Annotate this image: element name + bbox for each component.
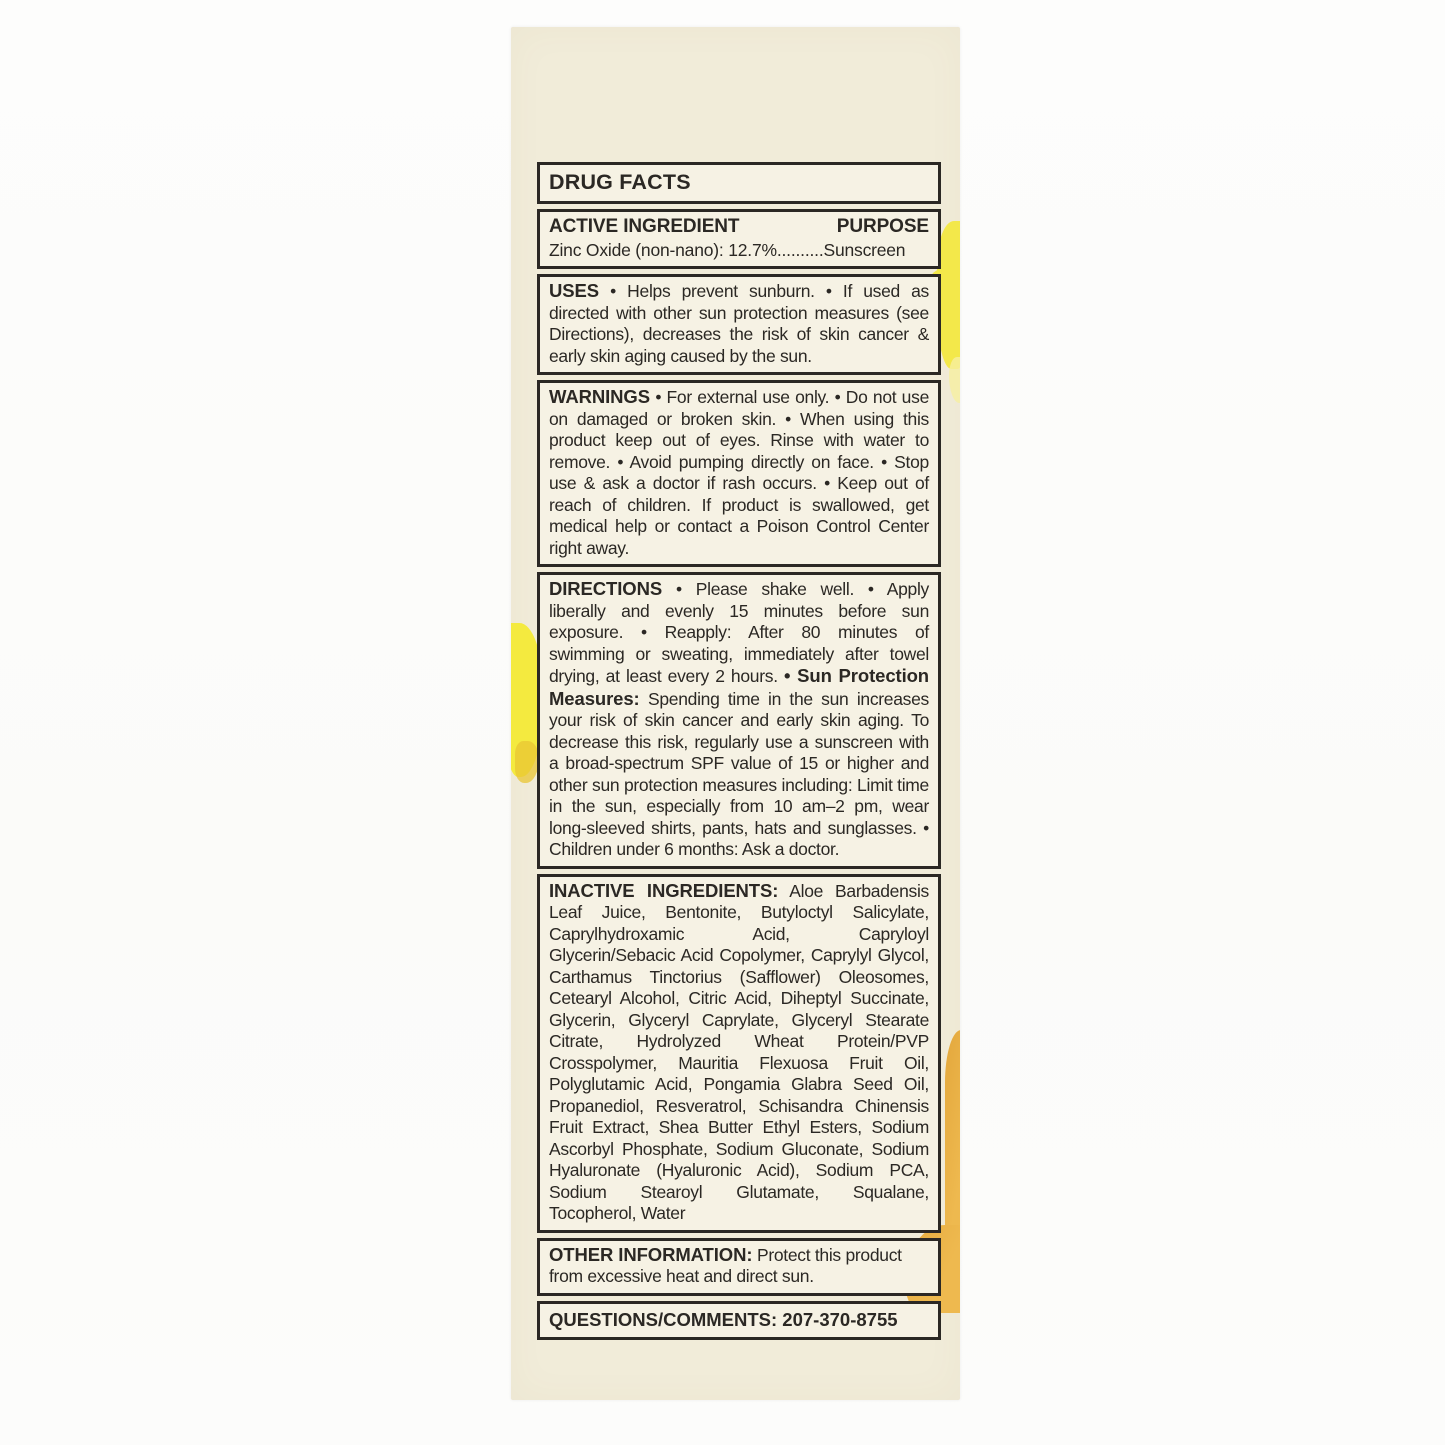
active-ingredient-value: Zinc Oxide (non-nano): 12.7%..........Su…: [549, 239, 929, 261]
other-information-heading: OTHER INFORMATION:: [549, 1244, 752, 1265]
uses-heading: USES: [549, 280, 599, 301]
sunscreen-box-back-panel: DRUG FACTS ACTIVE INGREDIENT PURPOSE Zin…: [511, 27, 960, 1400]
directions-paragraph: DIRECTIONS • Please shake well. • Apply …: [549, 578, 929, 861]
warnings-section: WARNINGS • For external use only. • Do n…: [537, 380, 941, 567]
directions-section: DIRECTIONS • Please shake well. • Apply …: [537, 572, 941, 869]
other-information-section: OTHER INFORMATION: Protect this product …: [537, 1238, 941, 1296]
warnings-paragraph: WARNINGS • For external use only. • Do n…: [549, 386, 929, 559]
inactive-ingredients-heading: INACTIVE INGREDIENTS:: [549, 880, 778, 901]
uses-section: USES • Helps prevent sunburn. • If used …: [537, 274, 941, 375]
directions-body-2: Spending time in the sun increases your …: [549, 689, 929, 860]
drug-facts-panel: DRUG FACTS ACTIVE INGREDIENT PURPOSE Zin…: [537, 162, 941, 1345]
uses-paragraph: USES • Helps prevent sunburn. • If used …: [549, 280, 929, 367]
questions-comments-line: QUESTIONS/COMMENTS: 207-370-8755: [549, 1307, 929, 1332]
inactive-ingredients-list: Aloe Barbadensis Leaf Juice, Bentonite, …: [549, 881, 929, 1224]
directions-heading: DIRECTIONS: [549, 578, 662, 599]
other-information-paragraph: OTHER INFORMATION: Protect this product …: [549, 1244, 929, 1288]
drug-facts-title-box: DRUG FACTS: [537, 162, 941, 204]
warnings-body: • For external use only. • Do not use on…: [549, 387, 929, 558]
purpose-heading: PURPOSE: [837, 215, 929, 239]
drug-facts-title: DRUG FACTS: [549, 169, 929, 196]
active-ingredient-heading: ACTIVE INGREDIENT: [549, 215, 739, 239]
active-ingredient-header-row: ACTIVE INGREDIENT PURPOSE: [549, 215, 929, 239]
uses-body: • Helps prevent sunburn. • If used as di…: [549, 281, 929, 366]
photo-backdrop: DRUG FACTS ACTIVE INGREDIENT PURPOSE Zin…: [0, 0, 1445, 1445]
active-ingredient-section: ACTIVE INGREDIENT PURPOSE Zinc Oxide (no…: [537, 209, 941, 269]
inactive-ingredients-paragraph: INACTIVE INGREDIENTS: Aloe Barbadensis L…: [549, 880, 929, 1225]
inactive-ingredients-section: INACTIVE INGREDIENTS: Aloe Barbadensis L…: [537, 874, 941, 1233]
questions-comments-section: QUESTIONS/COMMENTS: 207-370-8755: [537, 1301, 941, 1340]
warnings-heading: WARNINGS: [549, 386, 650, 407]
yellow-paint-splotch-right-tail: [949, 357, 960, 403]
yellow-paint-splotch-left-tip: [515, 741, 539, 783]
